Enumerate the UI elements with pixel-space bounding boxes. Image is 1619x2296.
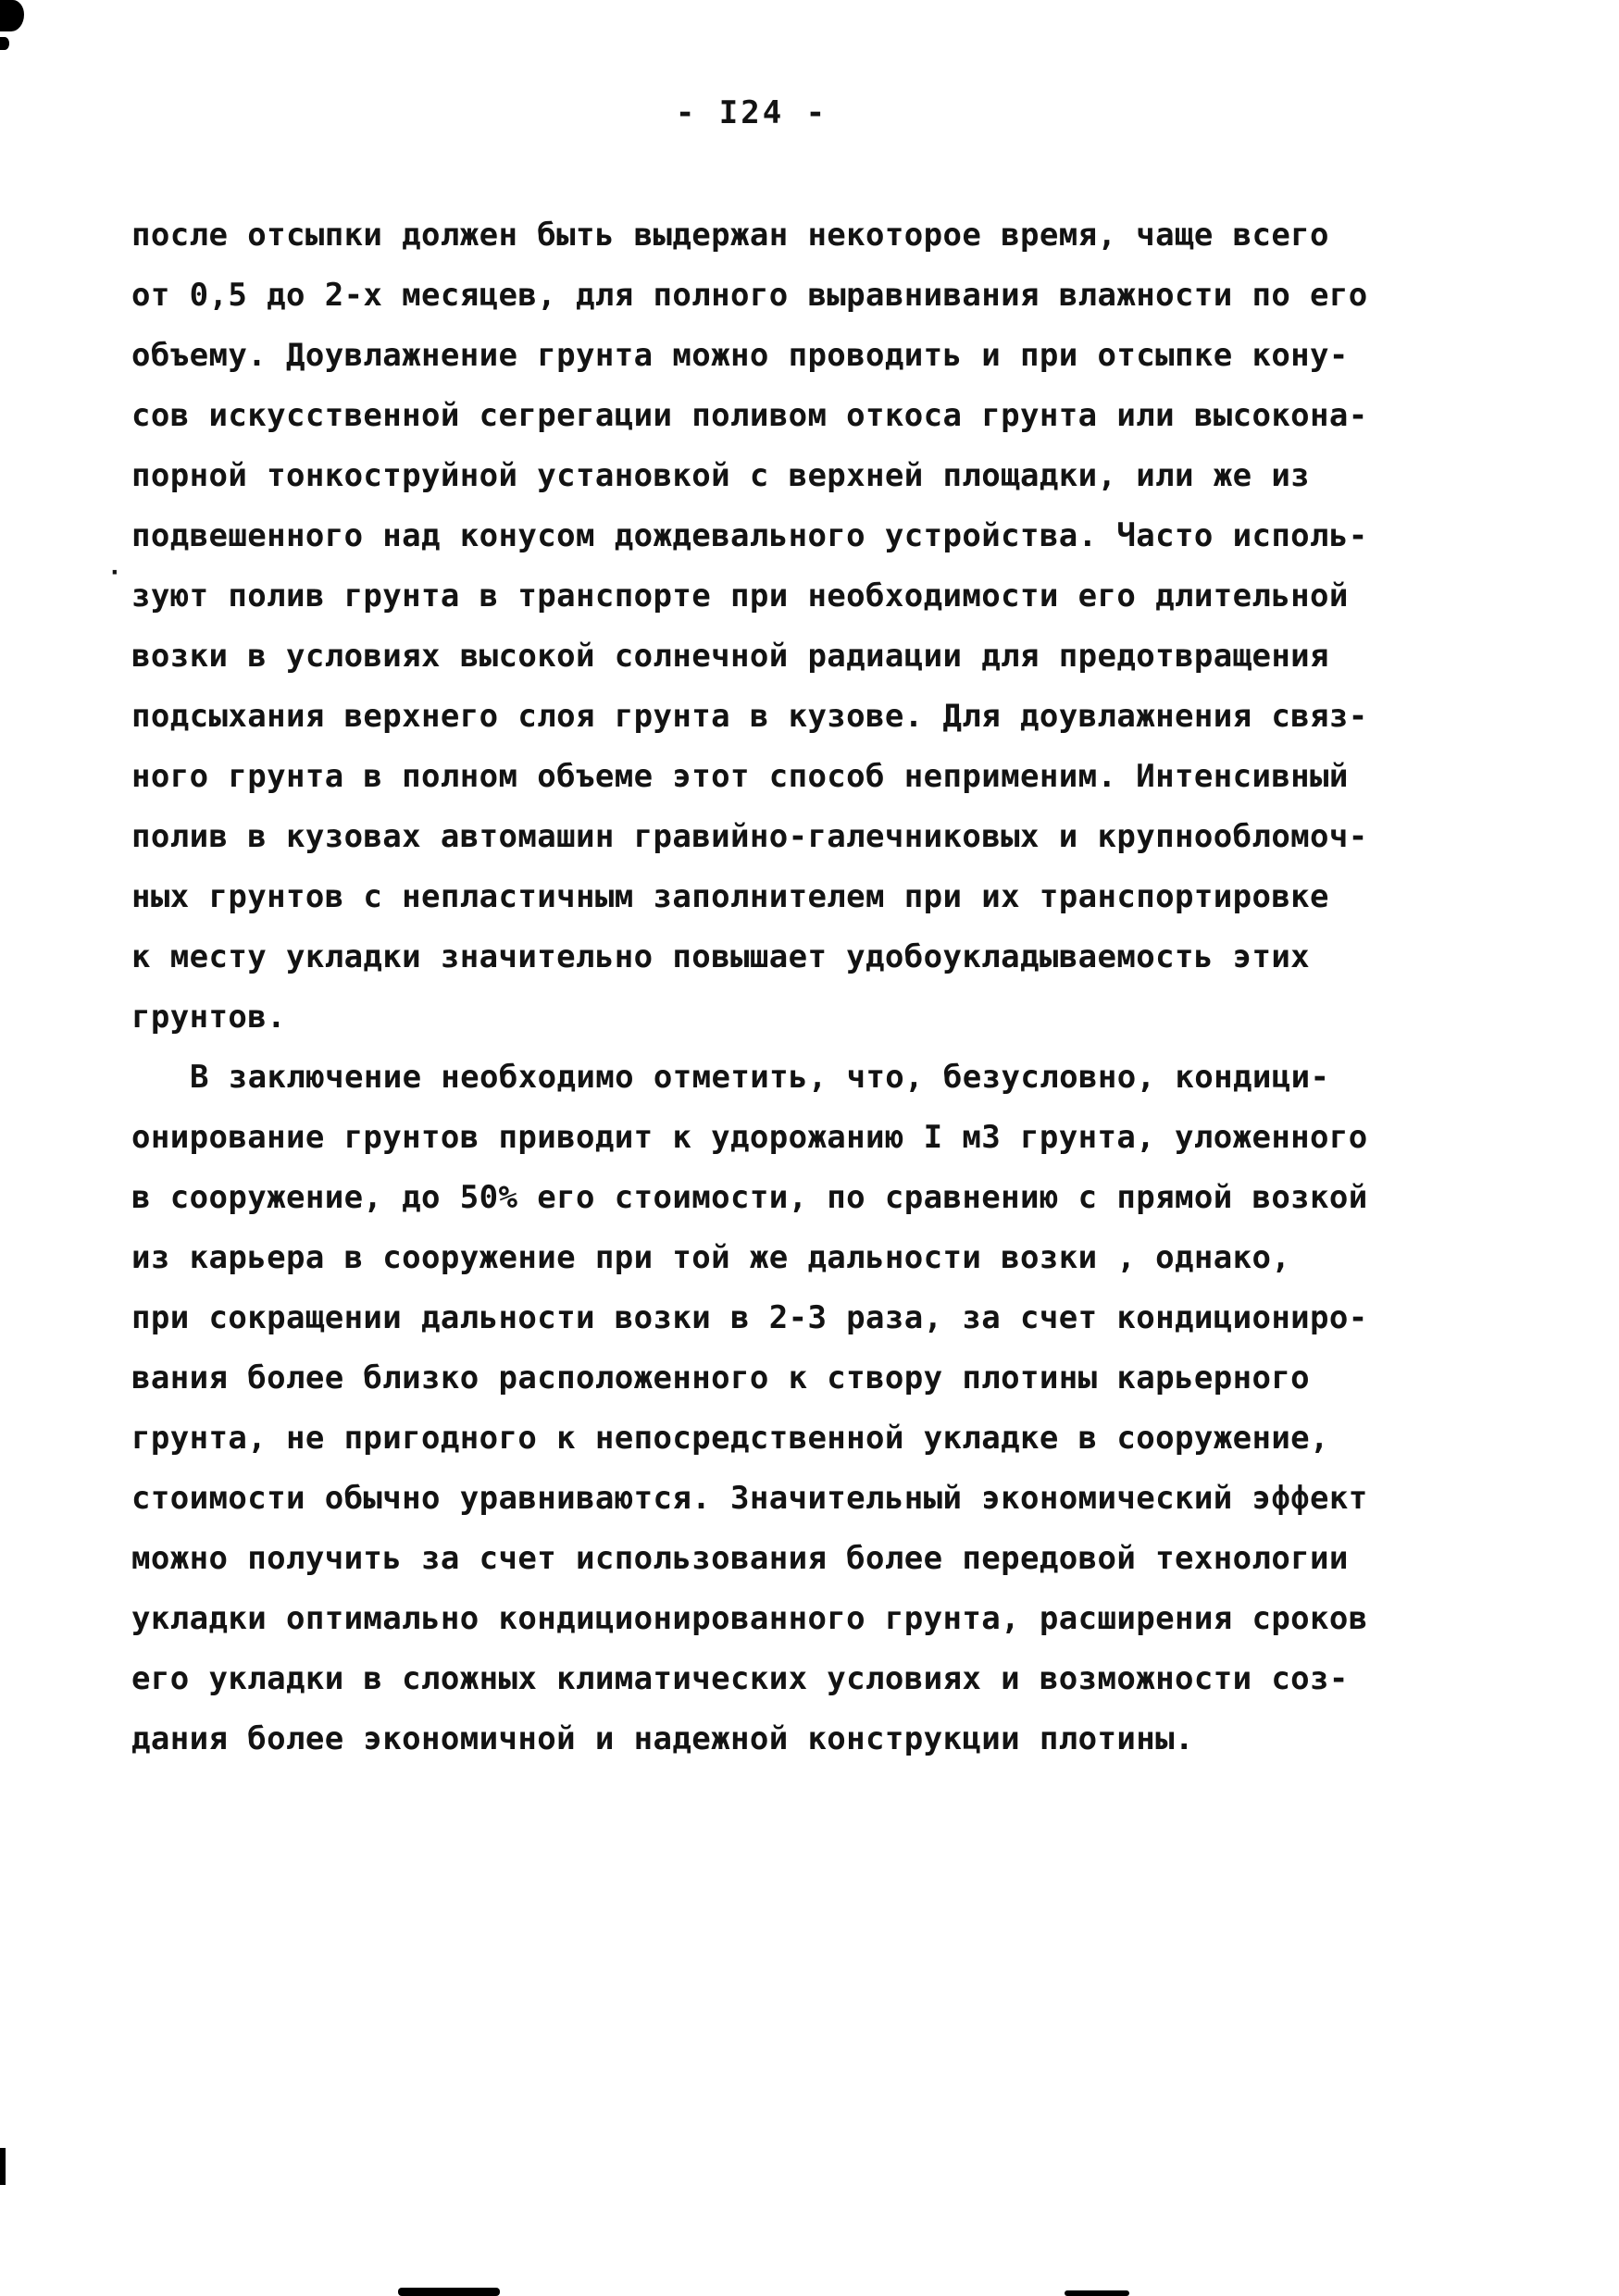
text-line: в сооружение, до 50% его стоимости, по с…	[131, 1168, 1379, 1228]
page-number: - I24 -	[131, 94, 1372, 131]
text-line: ных грунтов с непластичным заполнителем …	[131, 867, 1379, 927]
text-line: возки в условиях высокой солнечной радиа…	[131, 627, 1379, 687]
text-line: к месту укладки значительно повышает удо…	[131, 927, 1379, 987]
text-line: зуют полив грунта в транспорте при необх…	[131, 566, 1379, 627]
text-line: сов искусственной сегрегации поливом отк…	[131, 386, 1379, 446]
scan-smudge-icon	[0, 37, 9, 50]
scan-smudge-icon	[1065, 2290, 1129, 2296]
text-line: укладки оптимально кондиционированного г…	[131, 1589, 1379, 1649]
text-line: можно получить за счет использования бол…	[131, 1529, 1379, 1589]
text-line: дания более экономичной и надежной конст…	[131, 1709, 1379, 1769]
text-line: из карьера в сооружение при той же дальн…	[131, 1228, 1379, 1288]
text-line: В заключение необходимо отметить, что, б…	[131, 1048, 1379, 1108]
margin-mark: ·	[107, 561, 122, 585]
text-line: при сокращении дальности возки в 2-3 раз…	[131, 1288, 1379, 1348]
text-line: от 0,5 до 2-х месяцев, для полного вырав…	[131, 266, 1379, 326]
document-page: { "page": { "number": "- I24 -", "margin…	[0, 0, 1619, 2296]
text-line: онирование грунтов приводит к удорожанию…	[131, 1108, 1379, 1168]
scan-smudge-icon	[0, 2148, 6, 2185]
text-line: подсыхания верхнего слоя грунта в кузове…	[131, 687, 1379, 747]
text-line: полив в кузовах автомашин гравийно-галеч…	[131, 807, 1379, 867]
text-line: ного грунта в полном объеме этот способ …	[131, 747, 1379, 807]
scan-smudge-icon	[398, 2288, 500, 2296]
text-line: порной тонкоструйной установкой с верхне…	[131, 446, 1379, 506]
text-line: грунтов.	[131, 987, 1379, 1048]
text-line: его укладки в сложных климатических усло…	[131, 1649, 1379, 1709]
scan-smudge-icon	[0, 0, 24, 31]
text-line: грунта, не пригодного к непосредственной…	[131, 1409, 1379, 1469]
text-line: вания более близко расположенного к ство…	[131, 1348, 1379, 1409]
text-block: после отсыпки должен быть выдержан некот…	[131, 205, 1379, 1769]
text-line: после отсыпки должен быть выдержан некот…	[131, 205, 1379, 266]
text-line: объему. Доувлажнение грунта можно провод…	[131, 326, 1379, 386]
text-line: подвешенного над конусом дождевального у…	[131, 506, 1379, 566]
text-line: стоимости обычно уравниваются. Значитель…	[131, 1469, 1379, 1529]
